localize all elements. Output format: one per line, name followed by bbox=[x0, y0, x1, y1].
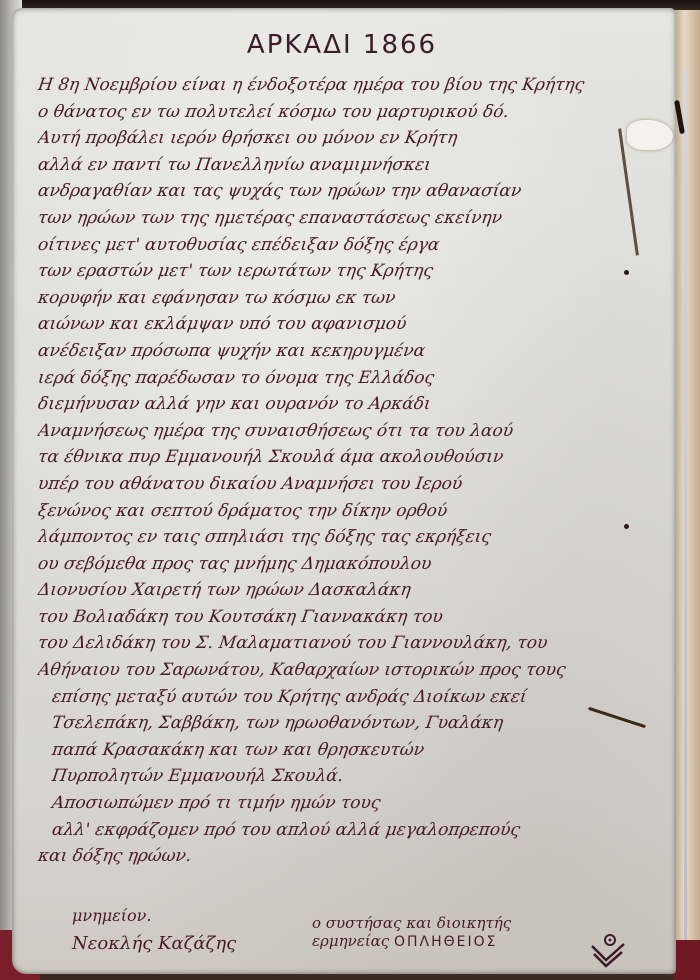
text-line: αιώνων και εκλάμψαν υπό του αφανισμού bbox=[36, 311, 640, 338]
text-line: ανδραγαθίαν και τας ψυχάς των ηρώων την … bbox=[36, 178, 640, 205]
signature-left-line1: μνημείον. bbox=[72, 906, 151, 925]
text-line: Πυρπολητών Εμμανουήλ Σκουλά. bbox=[36, 763, 640, 790]
text-line: των εραστών μετ' των ιερωτάτων της Κρήτη… bbox=[36, 258, 640, 285]
text-line: υπέρ του αθάνατου δικαίου Αναμνήσει του … bbox=[36, 471, 640, 498]
text-line: του Βολιαδάκη του Κουτσάκη Γιαννακάκη το… bbox=[36, 604, 640, 631]
text-line: ο θάνατος εν τω πολυτελεί κόσμω του μαρτ… bbox=[36, 99, 640, 126]
text-line: ιερά δόξης παρέδωσαν το όνομα της Ελλάδο… bbox=[36, 365, 640, 392]
text-line: λάμποντος εν ταις σπηλιάσι της δόξης τας… bbox=[36, 524, 640, 551]
text-line: Τσελεπάκη, Σαββάκη, των ηρωοθανόντων, Γυ… bbox=[36, 710, 640, 737]
text-line: διεμήνυσαν αλλά γην και ουρανόν το Αρκάδ… bbox=[36, 391, 640, 418]
paper-tear bbox=[627, 120, 673, 150]
text-line: αλλά εν παντί τω Πανελληνίω αναμιμνήσκει bbox=[36, 152, 640, 179]
signature-right-line1: ο συστήσας και διοικητής bbox=[312, 914, 511, 932]
ink-dot bbox=[624, 524, 629, 529]
text-line: τα έθνικα πυρ Εμμανουήλ Σκουλά άμα ακολο… bbox=[36, 444, 640, 471]
manuscript-page: ΑΡΚΑΔΙ 1866 Η 8η Νοεμβρίου είναι η ένδοξ… bbox=[12, 8, 676, 974]
text-line: κορυφήν και εφάνησαν τω κόσμω εκ των bbox=[36, 285, 640, 312]
book-binding bbox=[673, 10, 700, 970]
signature-right: ο συστήσας και διοικητής ερμηνείας ΟΠΛΗΘ… bbox=[312, 914, 511, 950]
signature-left-name: Νεοκλής Καζάζης bbox=[72, 933, 236, 954]
text-line: των ηρώων των της ημετέρας επαναστάσεως … bbox=[36, 205, 640, 232]
signature-left: μνημείον. Νεοκλής Καζάζης bbox=[72, 906, 236, 954]
text-line: αλλ' εκφράζομεν πρό του απλού αλλά μεγαλ… bbox=[36, 817, 640, 844]
seal-emblem-icon bbox=[588, 930, 628, 970]
text-line: Αυτή προβάλει ιερόν θρήσκει ου μόνον εν … bbox=[36, 125, 640, 152]
text-line: Αθήναιου του Σαρωνάτου, Καθαρχαίων ιστορ… bbox=[36, 657, 640, 684]
text-line: του Δελιδάκη του Σ. Μαλαματιανού του Για… bbox=[36, 630, 640, 657]
red-cloth-right bbox=[674, 940, 700, 980]
text-line: Διονυσίου Χαιρετή των ηρώων Δασκαλάκη bbox=[36, 577, 640, 604]
signature-right-caps: ΟΠΛΗΘΕΙΟΣ bbox=[394, 934, 498, 950]
text-line: Η 8η Νοεμβρίου είναι η ένδοξοτέρα ημέρα … bbox=[36, 72, 640, 99]
text-line: Αναμνήσεως ημέρα της συναισθήσεως ότι τα… bbox=[36, 418, 640, 445]
page-title: ΑΡΚΑΔΙ 1866 bbox=[212, 30, 472, 60]
text-line: Αποσιωπώμεν πρό τι τιμήν ημών τους bbox=[36, 790, 640, 817]
signature-right-prefix: ερμηνείας bbox=[312, 932, 389, 950]
text-line: ανέδειξαν πρόσωπα ψυχήν και κεκηρυγμένα bbox=[36, 338, 640, 365]
handwritten-text: Η 8η Νοεμβρίου είναι η ένδοξοτέρα ημέρα … bbox=[38, 72, 638, 870]
text-line: οίτινες μετ' αυτοθυσίας επέδειξαν δόξης … bbox=[36, 232, 640, 259]
text-line: επίσης μεταξύ αυτών του Κρήτης ανδράς Δι… bbox=[36, 684, 640, 711]
text-line: ξενώνος και σεπτού δράματος την δίκην ορ… bbox=[36, 498, 640, 525]
text-line: και δόξης ηρώων. bbox=[36, 843, 640, 870]
text-line: ου σεβόμεθα προς τας μνήμης Δημακόπουλου bbox=[36, 551, 640, 578]
ink-dot bbox=[624, 270, 629, 275]
text-line: παπά Κρασακάκη και των και θρησκευτών bbox=[36, 737, 640, 764]
